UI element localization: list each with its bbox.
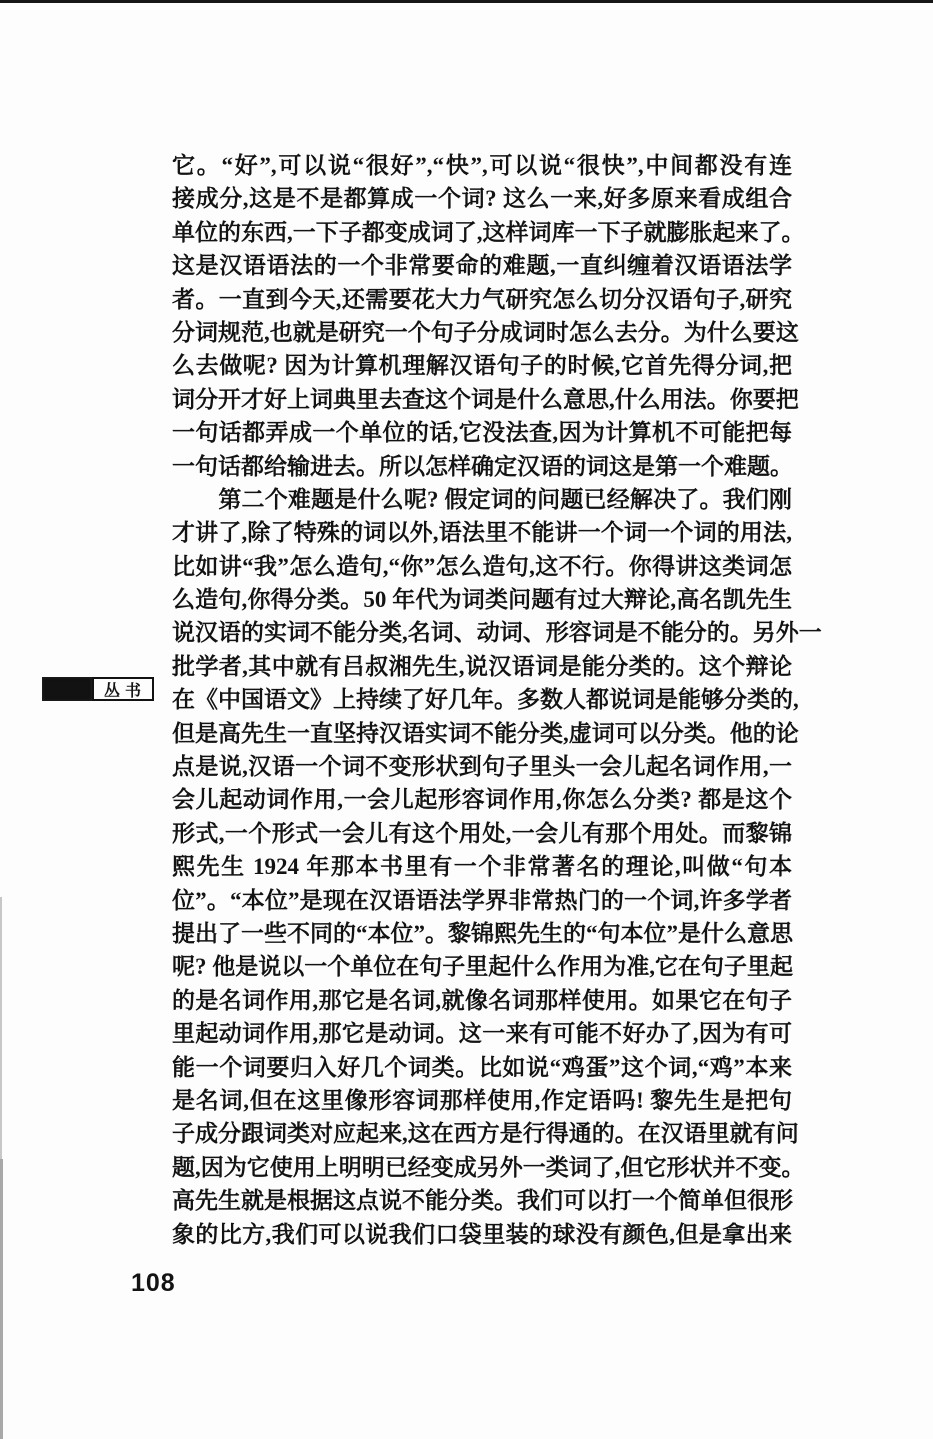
- text-line: 它。“好”,可以说“很好”,“快”,可以说“很快”,中间都没有连: [172, 149, 792, 182]
- book-page: 丛书 它。“好”,可以说“很好”,“快”,可以说“很快”,中间都没有连接成分,这…: [0, 0, 933, 1439]
- text-line: 批学者,其中就有吕叔湘先生,说汉语词是能分类的。这个辩论: [172, 650, 792, 683]
- text-line: 一句话都给输进去。所以怎样确定汉语的词这是第一个难题。: [172, 450, 792, 483]
- text-line: 么造句,你得分类。50 年代为词类问题有过大辩论,高名凯先生: [172, 583, 792, 616]
- text-line: 能一个词要归入好几个词类。比如说“鸡蛋”这个词,“鸡”本来: [172, 1051, 792, 1084]
- text-line: 呢? 他是说以一个单位在句子里起什么作用为准,它在句子里起: [172, 950, 792, 983]
- body-text: 它。“好”,可以说“很好”,“快”,可以说“很快”,中间都没有连接成分,这是不是…: [172, 149, 792, 1251]
- scan-top-edge-artifact: [0, 0, 933, 3]
- text-line: 词分开才好上词典里去查这个词是什么意思,什么用法。你要把: [172, 383, 792, 416]
- text-line: 分词规范,也就是研究一个句子分成词时怎么去分。为什么要这: [172, 316, 792, 349]
- text-line: 提出了一些不同的“本位”。黎锦熙先生的“句本位”是什么意思: [172, 917, 792, 950]
- text-line: 在《中国语文》上持续了好几年。多数人都说词是能够分类的,: [172, 683, 792, 716]
- text-line: 象的比方,我们可以说我们口袋里装的球没有颜色,但是拿出来: [172, 1218, 792, 1251]
- text-line: 接成分,这是不是都算成一个词? 这么一来,好多原来看成组合: [172, 182, 792, 215]
- text-line: 一句话都弄成一个单位的话,它没法查,因为计算机不可能把每: [172, 416, 792, 449]
- text-line: 题,因为它使用上明明已经变成另外一类词了,但它形状并不变。: [172, 1151, 792, 1184]
- series-label-text-box: 丛书: [92, 677, 154, 701]
- text-line: 点是说,汉语一个词不变形状到句子里头一会儿起名词作用,一: [172, 750, 792, 783]
- text-line: 这是汉语语法的一个非常要命的难题,一直纠缠着汉语语法学: [172, 249, 792, 282]
- text-line: 第二个难题是什么呢? 假定词的问题已经解决了。我们刚: [172, 483, 792, 516]
- page-number: 108: [131, 1269, 176, 1298]
- text-line: 么去做呢? 因为计算机理解汉语句子的时候,它首先得分词,把: [172, 349, 792, 382]
- text-line: 比如讲“我”怎么造句,“你”怎么造句,这不行。你得讲这类词怎: [172, 550, 792, 583]
- text-line: 说汉语的实词不能分类,名词、动词、形容词是不能分的。另外一: [172, 616, 792, 649]
- text-line: 才讲了,除了特殊的词以外,语法里不能讲一个词一个词的用法,: [172, 516, 792, 549]
- text-line: 位”。“本位”是现在汉语语法学界非常热门的一个词,许多学者: [172, 884, 792, 917]
- text-line: 会儿起动词作用,一会儿起形容词作用,你怎么分类? 都是这个: [172, 783, 792, 816]
- text-line: 熙先生 1924 年那本书里有一个非常著名的理论,叫做“句本: [172, 850, 792, 883]
- scan-left-edge-artifact: [0, 897, 2, 1159]
- text-line: 高先生就是根据这点说不能分类。我们可以打一个简单但很形: [172, 1184, 792, 1217]
- series-label: 丛书: [104, 678, 146, 701]
- text-line: 但是高先生一直坚持汉语实词不能分类,虚词可以分类。他的论: [172, 717, 792, 750]
- text-line: 子成分跟词类对应起来,这在西方是行得通的。在汉语里就有问: [172, 1117, 792, 1150]
- text-line: 单位的东西,一下子都变成词了,这样词库一下子就膨胀起来了。: [172, 216, 792, 249]
- series-margin-label: 丛书: [42, 677, 154, 701]
- text-line: 里起动词作用,那它是动词。这一来有可能不好办了,因为有可: [172, 1017, 792, 1050]
- scan-left-edge-artifact-dark: [0, 1159, 3, 1439]
- series-label-black-box: [42, 677, 92, 701]
- text-line: 形式,一个形式一会儿有这个用处,一会儿有那个用处。而黎锦: [172, 817, 792, 850]
- text-line: 者。一直到今天,还需要花大力气研究怎么切分汉语句子,研究: [172, 283, 792, 316]
- text-line: 的是名词作用,那它是名词,就像名词那样使用。如果它在句子: [172, 984, 792, 1017]
- text-line: 是名词,但在这里像形容词那样使用,作定语吗! 黎先生是把句: [172, 1084, 792, 1117]
